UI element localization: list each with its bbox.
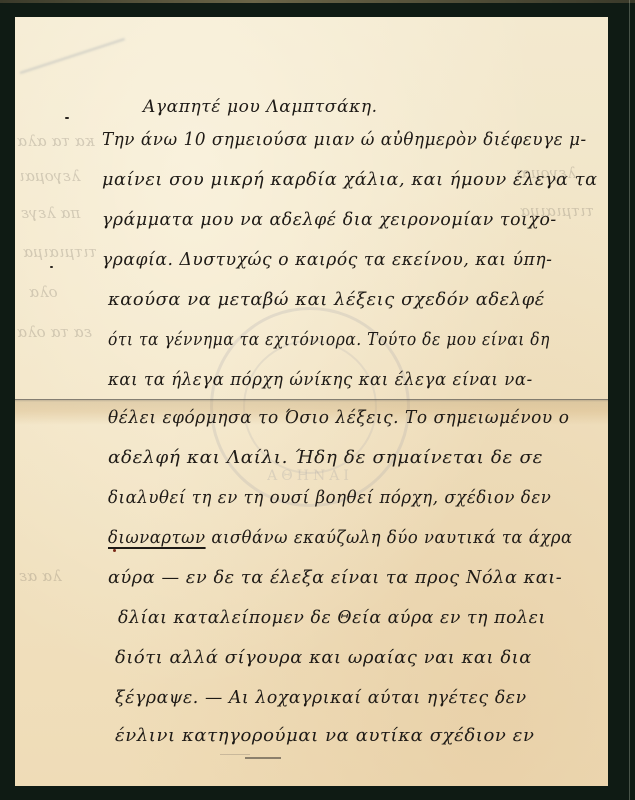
- letter-line: ότι τα γέννημα τα εχιτόνιορα. Τούτο δε μ…: [108, 329, 550, 350]
- letter-paper: ΑΘΗΝΑΙ κα τα αλα λεγομαι πα λεγε τιτμιαι…: [15, 17, 608, 786]
- letter-greeting: Αγαπητέ μου Λαμπτσάκη.: [143, 97, 378, 117]
- scan-frame: ΑΘΗΝΑΙ κα τα αλα λεγομαι πα λεγε τιτμιαι…: [0, 0, 635, 800]
- letter-line: διότι αλλά σίγουρα και ωραίας ναι και δι…: [115, 647, 532, 668]
- letter-line: καούσα να μεταβώ και λέξεις σχεδόν αδελφ…: [108, 289, 545, 310]
- closing-dash: [245, 757, 281, 759]
- letter-line: αύρα — εν δε τα έλεξα είναι τα προς Νόλα…: [108, 567, 562, 588]
- ink-speck: [113, 549, 116, 552]
- frame-top-edge: [0, 0, 635, 3]
- letter-line: ένλινι κατηγορούμαι να αυτίκα σχέδιον εν: [115, 725, 535, 746]
- letter-line: γράμματα μου να αδελφέ δια χειρονομίαν τ…: [102, 209, 557, 230]
- letter-line: και τα ήλεγα πόρχη ώνίκης και έλεγα είνα…: [108, 369, 533, 390]
- frame-edge-line: [629, 0, 630, 800]
- letter-line: αδελφή και Λαίλι. Ήδη δε σημαίνεται δε σ…: [108, 447, 543, 468]
- letter-body: Αγαπητέ μου Λαμπτσάκη. Την άνω 10 σημειο…: [15, 17, 608, 786]
- letter-line: ξέγραψε. — Αι λοχαγρικαί αύται ηγέτες δε…: [115, 687, 527, 708]
- letter-line: διωναρτων αισθάνω εκαύζωλη δύο ναυτικά τ…: [108, 527, 573, 548]
- ink-speck: [50, 266, 53, 268]
- letter-line: γραφία. Δυστυχώς ο καιρός τα εκείνου, κα…: [102, 249, 553, 270]
- ink-speck: [65, 117, 69, 119]
- letter-line-rest: αισθάνω εκαύζωλη δύο ναυτικά τα άχρα: [211, 527, 572, 548]
- letter-line: μαίνει σου μικρή καρδία χάλια, και ήμουν…: [102, 169, 598, 190]
- letter-line: διαλυθεί τη εν τη ουσί βοηθεί πόρχη, σχέ…: [108, 487, 551, 508]
- letter-line: θέλει εφόρμησα το Όσιο λέξεις. Το σημειω…: [108, 407, 569, 428]
- closing-dash-faint: [220, 754, 250, 755]
- letter-line: Την άνω 10 σημειούσα μιαν ώ αὐθημερὸν δι…: [102, 129, 587, 150]
- letter-line: δλίαι καταλείπομεν δε Θεία αύρα εν τη πο…: [118, 607, 546, 628]
- underlined-word: διωναρτων: [108, 527, 206, 548]
